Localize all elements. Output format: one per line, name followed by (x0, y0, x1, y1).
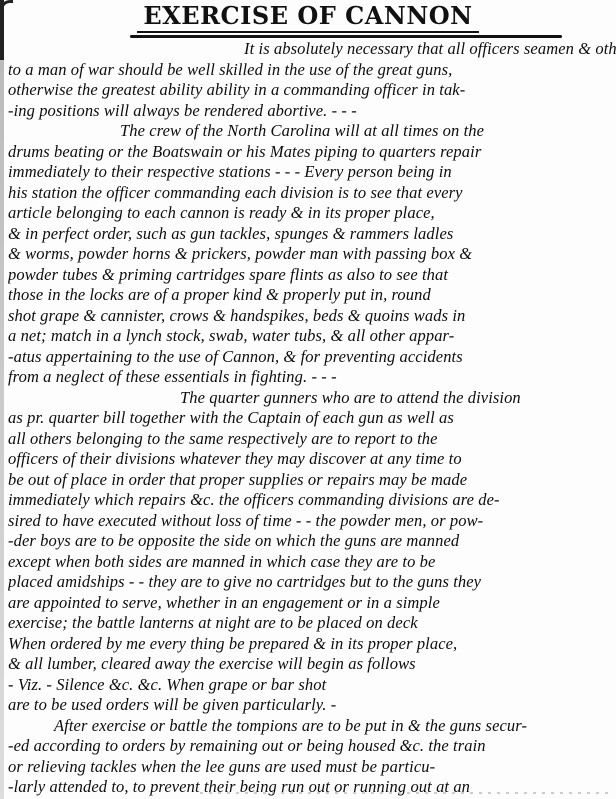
manuscript-line: otherwise the greatest ability ability i… (8, 79, 612, 101)
manuscript-line: be out of place in order that proper sup… (8, 469, 612, 491)
manuscript-line: are to be used orders will be given part… (8, 694, 612, 716)
manuscript-line: except when both sides are manned in whi… (8, 551, 612, 573)
manuscript-line: immediately which repairs &c. the office… (8, 489, 612, 511)
manuscript-line: a net; match in a lynch stock, swab, wat… (8, 325, 612, 347)
manuscript-line: It is absolutely necessary that all offi… (8, 38, 616, 60)
manuscript-line: shot grape & cannister, crows & handspik… (8, 305, 612, 327)
document-title: EXERCISE OF CANNON (0, 1, 616, 33)
title-text: EXERCISE OF CANNON (137, 1, 478, 33)
manuscript-line: article belonging to each cannon is read… (8, 202, 612, 224)
manuscript-line: as pr. quarter bill together with the Ca… (8, 407, 612, 429)
manuscript-line: -der boys are to be opposite the side on… (8, 530, 612, 552)
manuscript-line: - Viz. - Silence &c. &c. When grape or b… (8, 674, 612, 696)
manuscript-line: officers of their divisions whatever the… (8, 448, 612, 470)
manuscript-line: -ed according to orders by remaining out… (8, 735, 612, 757)
manuscript-line: & all lumber, cleared away the exercise … (8, 653, 612, 675)
manuscript-line: When ordered by me every thing be prepar… (8, 633, 612, 655)
manuscript-line: -ing positions will always be rendered a… (8, 100, 612, 122)
manuscript-line: & worms, powder horns & prickers, powder… (8, 243, 612, 265)
manuscript-line: immediately to their respective stations… (8, 161, 612, 183)
manuscript-page: EXERCISE OF CANNON It is absolutely nece… (0, 0, 616, 799)
manuscript-line: exercise; the battle lanterns at night a… (8, 612, 612, 634)
manuscript-line: -larly attended to, to prevent their bei… (8, 776, 612, 798)
manuscript-line: After exercise or battle the tompions ar… (8, 715, 616, 737)
manuscript-line: from a neglect of these essentials in fi… (8, 366, 612, 388)
manuscript-line: to a man of war should be well skilled i… (8, 59, 612, 81)
manuscript-line: are appointed to serve, whether in an en… (8, 592, 612, 614)
manuscript-line: or relieving tackles when the lee guns a… (8, 756, 612, 778)
manuscript-line: The quarter gunners who are to attend th… (8, 387, 616, 409)
manuscript-line: sired to have executed without loss of t… (8, 510, 612, 532)
manuscript-line: all others belonging to the same respect… (8, 428, 612, 450)
page-left-edge (0, 0, 4, 799)
manuscript-line: his station the officer commanding each … (8, 182, 612, 204)
manuscript-line: those in the locks are of a proper kind … (8, 284, 612, 306)
manuscript-line: -atus appertaining to the use of Cannon,… (8, 346, 612, 368)
bottom-edge-artifact (200, 792, 610, 794)
manuscript-line: & in perfect order, such as gun tackles,… (8, 223, 612, 245)
manuscript-line: The crew of the North Carolina will at a… (8, 120, 616, 142)
manuscript-line: placed amidships - - they are to give no… (8, 571, 612, 593)
manuscript-line: powder tubes & priming cartridges spare … (8, 264, 612, 286)
manuscript-line: drums beating or the Boatswain or his Ma… (8, 141, 612, 163)
